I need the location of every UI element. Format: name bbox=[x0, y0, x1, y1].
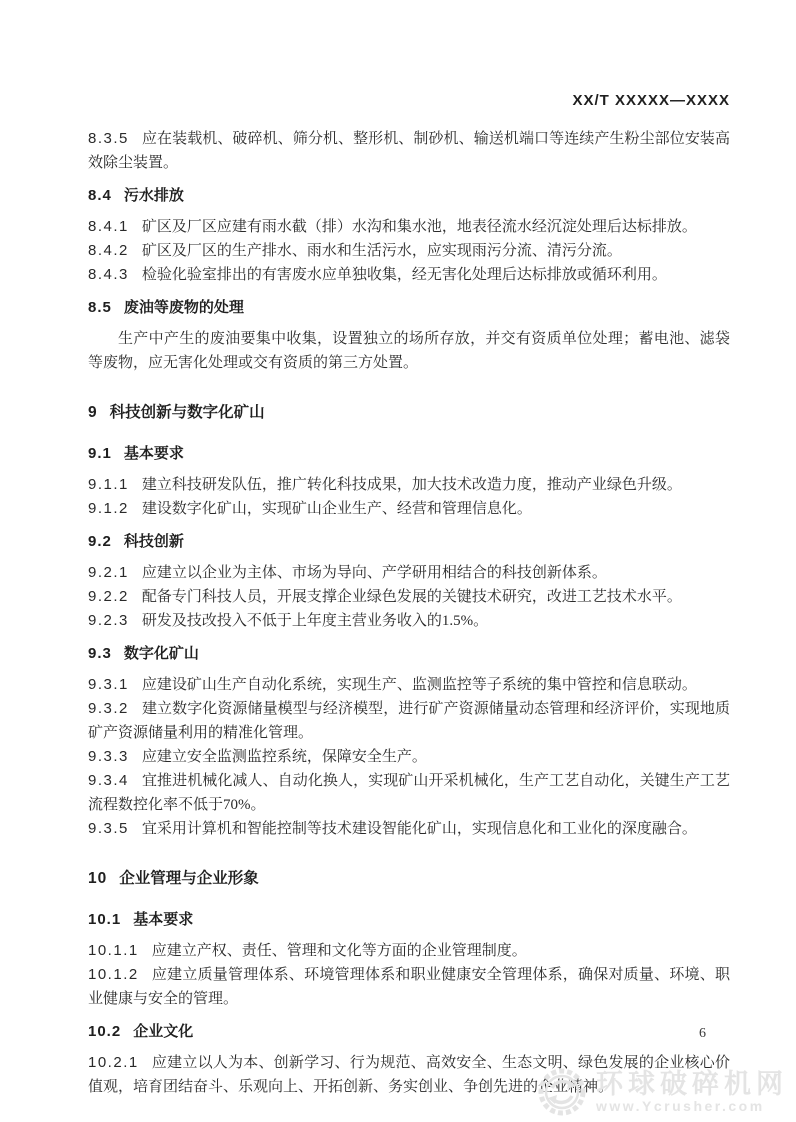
chapter-heading-10: 10企业管理与企业形象 bbox=[88, 867, 730, 891]
heading-text: 科技创新与数字化矿山 bbox=[110, 404, 265, 421]
heading-number: 10 bbox=[88, 870, 107, 887]
clause-9-1-2: 9.1.2建设数字化矿山，实现矿山企业生产、经营和管理信息化。 bbox=[88, 497, 730, 521]
clause-9-2-1: 9.2.1应建立以企业为主体、市场为导向、产学研用相结合的科技创新体系。 bbox=[88, 561, 730, 585]
section-heading-10-2: 10.2企业文化 bbox=[88, 1020, 730, 1044]
clause-number: 9.3.5 bbox=[88, 820, 129, 837]
clause-text: 宜采用计算机和智能控制等技术建设智能化矿山，实现信息化和工业化的深度融合。 bbox=[142, 821, 697, 837]
clause-number: 10.1.1 bbox=[88, 942, 139, 959]
clause-text: 应建立以企业为主体、市场为导向、产学研用相结合的科技创新体系。 bbox=[142, 565, 607, 581]
heading-number: 10.2 bbox=[88, 1023, 121, 1040]
clause-text: 应建立质量管理体系、环境管理体系和职业健康安全管理体系，确保对质量、环境、职业健… bbox=[88, 967, 730, 1007]
clause-number: 9.2.2 bbox=[88, 588, 129, 605]
page-number: 6 bbox=[699, 1026, 706, 1042]
section-heading-9-3: 9.3数字化矿山 bbox=[88, 642, 730, 666]
section-heading-10-1: 10.1基本要求 bbox=[88, 908, 730, 932]
heading-text: 科技创新 bbox=[124, 533, 184, 550]
heading-text: 污水排放 bbox=[124, 187, 184, 204]
heading-text: 企业管理与企业形象 bbox=[119, 870, 259, 887]
clause-9-1-1: 9.1.1建立科技研发队伍，推广转化科技成果，加大技术改造力度，推动产业绿色升级… bbox=[88, 473, 730, 497]
clause-number: 9.3.4 bbox=[88, 772, 129, 789]
clause-text: 检验化验室排出的有害废水应单独收集，经无害化处理后达标排放或循环利用。 bbox=[142, 267, 667, 283]
clause-number: 10.1.2 bbox=[88, 966, 139, 983]
heading-text: 基本要求 bbox=[124, 445, 184, 462]
clause-text: 配备专门科技人员，开展支撑企业绿色发展的关键技术研究，改进工艺技术水平。 bbox=[142, 589, 682, 605]
watermark-site-url: www.Ycrusher.com bbox=[596, 1098, 765, 1114]
clause-number: 10.2.1 bbox=[88, 1054, 139, 1071]
document-body: XX/T XXXXX—XXXX 8.3.5应在装载机、破碎机、筛分机、整形机、制… bbox=[88, 92, 730, 1099]
clause-text: 矿区及厂区应建有雨水截（排）水沟和集水池，地表径流水经沉淀处理后达标排放。 bbox=[142, 219, 697, 235]
clause-9-3-3: 9.3.3应建立安全监测监控系统，保障安全生产。 bbox=[88, 745, 730, 769]
clause-number: 9.3.1 bbox=[88, 676, 129, 693]
heading-number: 9.3 bbox=[88, 645, 112, 662]
clause-text: 建立科技研发队伍，推广转化科技成果，加大技术改造力度，推动产业绿色升级。 bbox=[142, 477, 682, 493]
heading-number: 8.5 bbox=[88, 299, 112, 316]
document-page: { "page": { "header_code": "XX/T XXXXX—X… bbox=[0, 0, 796, 1122]
section-heading-8-5: 8.5废油等废物的处理 bbox=[88, 296, 730, 320]
clause-10-1-1: 10.1.1应建立产权、责任、管理和文化等方面的企业管理制度。 bbox=[88, 939, 730, 963]
section-heading-9-1: 9.1基本要求 bbox=[88, 442, 730, 466]
clause-number: 8.3.5 bbox=[88, 130, 129, 147]
clause-8-3-5: 8.3.5应在装载机、破碎机、筛分机、整形机、制砂机、输送机端口等连续产生粉尘部… bbox=[88, 127, 730, 175]
clause-text: 应在装载机、破碎机、筛分机、整形机、制砂机、输送机端口等连续产生粉尘部位安装高效… bbox=[88, 131, 730, 171]
heading-text: 企业文化 bbox=[133, 1023, 193, 1040]
clause-text: 建立数字化资源储量模型与经济模型，进行矿产资源储量动态管理和经济评价，实现地质矿… bbox=[88, 701, 730, 741]
section-heading-9-2: 9.2科技创新 bbox=[88, 530, 730, 554]
clause-number: 9.2.3 bbox=[88, 612, 129, 629]
heading-number: 9.2 bbox=[88, 533, 112, 550]
gear-arrows-logo-icon bbox=[536, 1066, 588, 1118]
heading-number: 9 bbox=[88, 404, 98, 421]
watermark-text-block: 环球破碎机网 www.Ycrusher.com bbox=[596, 1070, 788, 1114]
section-heading-8-4: 8.4污水排放 bbox=[88, 184, 730, 208]
heading-text: 数字化矿山 bbox=[124, 645, 199, 662]
clause-number: 9.2.1 bbox=[88, 564, 129, 581]
clause-number: 9.3.3 bbox=[88, 748, 129, 765]
clause-text: 矿区及厂区的生产排水、雨水和生活污水，应实现雨污分流、清污分流。 bbox=[142, 243, 622, 259]
standard-code-header: XX/T XXXXX—XXXX bbox=[88, 92, 730, 109]
clause-8-4-3: 8.4.3检验化验室排出的有害废水应单独收集，经无害化处理后达标排放或循环利用。 bbox=[88, 263, 730, 287]
clause-8-4-2: 8.4.2矿区及厂区的生产排水、雨水和生活污水，应实现雨污分流、清污分流。 bbox=[88, 239, 730, 263]
clause-number: 9.1.2 bbox=[88, 500, 129, 517]
watermark: 环球破碎机网 www.Ycrusher.com bbox=[536, 1066, 788, 1118]
paragraph-text: 生产中产生的废油要集中收集，设置独立的场所存放，并交有资质单位处理；蓄电池、滤袋… bbox=[88, 331, 730, 371]
clause-8-4-1: 8.4.1矿区及厂区应建有雨水截（排）水沟和集水池，地表径流水经沉淀处理后达标排… bbox=[88, 215, 730, 239]
clause-text: 研发及技改投入不低于上年度主营业务收入的1.5%。 bbox=[142, 613, 488, 629]
clause-number: 8.4.3 bbox=[88, 266, 129, 283]
clause-text: 应建立安全监测监控系统，保障安全生产。 bbox=[142, 749, 427, 765]
watermark-site-name: 环球破碎机网 bbox=[596, 1070, 788, 1098]
clause-9-2-3: 9.2.3研发及技改投入不低于上年度主营业务收入的1.5%。 bbox=[88, 609, 730, 633]
clause-text: 应建设矿山生产自动化系统，实现生产、监测监控等子系统的集中管控和信息联动。 bbox=[142, 677, 697, 693]
heading-number: 9.1 bbox=[88, 445, 112, 462]
clause-9-3-5: 9.3.5宜采用计算机和智能控制等技术建设智能化矿山，实现信息化和工业化的深度融… bbox=[88, 817, 730, 841]
clause-number: 8.4.1 bbox=[88, 218, 129, 235]
heading-number: 10.1 bbox=[88, 911, 121, 928]
clause-9-3-2: 9.3.2建立数字化资源储量模型与经济模型，进行矿产资源储量动态管理和经济评价，… bbox=[88, 697, 730, 745]
chapter-heading-9: 9科技创新与数字化矿山 bbox=[88, 401, 730, 425]
clause-text: 宜推进机械化减人、自动化换人，实现矿山开采机械化，生产工艺自动化，关键生产工艺流… bbox=[88, 773, 730, 813]
clause-text: 建设数字化矿山，实现矿山企业生产、经营和管理信息化。 bbox=[142, 501, 532, 517]
paragraph-8-5: 生产中产生的废油要集中收集，设置独立的场所存放，并交有资质单位处理；蓄电池、滤袋… bbox=[88, 327, 730, 375]
heading-text: 废油等废物的处理 bbox=[124, 299, 244, 316]
heading-number: 8.4 bbox=[88, 187, 112, 204]
clause-9-3-1: 9.3.1应建设矿山生产自动化系统，实现生产、监测监控等子系统的集中管控和信息联… bbox=[88, 673, 730, 697]
clause-9-3-4: 9.3.4宜推进机械化减人、自动化换人，实现矿山开采机械化，生产工艺自动化，关键… bbox=[88, 769, 730, 817]
clause-number: 8.4.2 bbox=[88, 242, 129, 259]
clause-text: 应建立产权、责任、管理和文化等方面的企业管理制度。 bbox=[152, 943, 527, 959]
clause-10-1-2: 10.1.2应建立质量管理体系、环境管理体系和职业健康安全管理体系，确保对质量、… bbox=[88, 963, 730, 1011]
clause-9-2-2: 9.2.2配备专门科技人员，开展支撑企业绿色发展的关键技术研究，改进工艺技术水平… bbox=[88, 585, 730, 609]
clause-number: 9.1.1 bbox=[88, 476, 129, 493]
clause-number: 9.3.2 bbox=[88, 700, 129, 717]
heading-text: 基本要求 bbox=[133, 911, 193, 928]
